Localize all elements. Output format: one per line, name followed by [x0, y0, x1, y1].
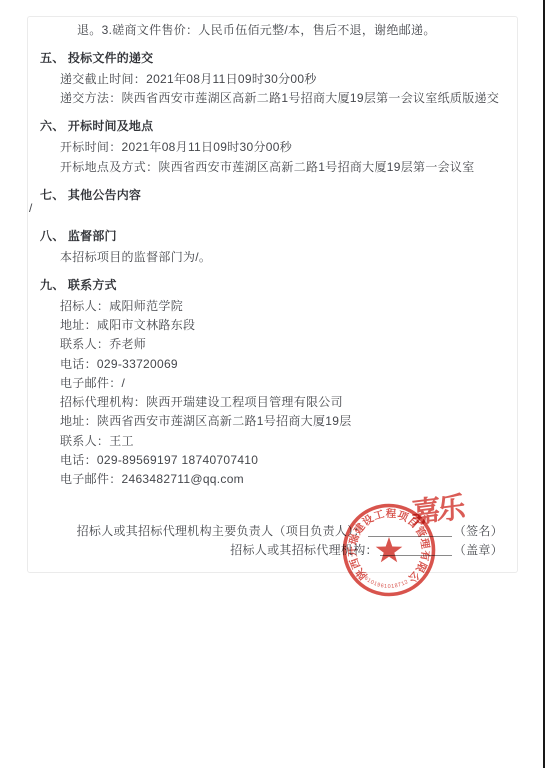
- signature-blank-line: [368, 525, 452, 537]
- detail-line: 联系人：乔老师: [60, 337, 146, 352]
- detail-line: 地址：咸阳市文林路东段: [60, 318, 195, 333]
- signer-suffix: （签名）: [454, 524, 503, 538]
- detail-line: 开标地点及方式：陕西省西安市莲湖区高新二路1号招商大厦19层第一会议室: [60, 160, 475, 175]
- section-heading: 八、 监督部门: [40, 229, 117, 244]
- agency-suffix: （盖章）: [454, 543, 503, 557]
- detail-line: 递交方法：陕西省西安市莲湖区高新二路1号招商大厦19层第一会议室纸质版递交: [60, 91, 499, 106]
- section-heading: 六、 开标时间及地点: [40, 119, 153, 134]
- detail-line: 招标代理机构：陕西开瑞建设工程项目管理有限公司: [60, 395, 343, 410]
- detail-line: 本招标项目的监督部门为/。: [60, 250, 211, 265]
- continuation-line: 退。3.磋商文件售价：人民币伍佰元整/本，售后不退，谢绝邮递。: [77, 23, 436, 38]
- seal-blank-line: [380, 544, 452, 556]
- document-content: 退。3.磋商文件售价：人民币伍佰元整/本，售后不退，谢绝邮递。五、 投标文件的递…: [0, 0, 547, 768]
- page-edge-line: [543, 0, 545, 768]
- signer-label: 招标人或其招标代理机构主要负责人（项目负责人）：: [77, 524, 366, 538]
- detail-line: /: [29, 201, 33, 216]
- detail-line: 递交截止时间：2021年08月11日09时30分00秒: [60, 72, 317, 87]
- detail-line: 电话：029-89569197 18740707410: [60, 453, 258, 468]
- agency-seal-row: 招标人或其招标代理机构：（盖章）: [230, 541, 503, 558]
- section-heading: 五、 投标文件的递交: [40, 51, 153, 66]
- detail-line: 招标人：咸阳师范学院: [60, 299, 183, 314]
- detail-line: 地址：陕西省西安市莲湖区高新二路1号招商大厦19层: [60, 414, 352, 429]
- detail-line: 电子邮件：/: [60, 376, 125, 391]
- agency-label: 招标人或其招标代理机构：: [230, 543, 378, 557]
- signer-signature-row: 招标人或其招标代理机构主要负责人（项目负责人）：（签名）: [77, 522, 503, 539]
- section-heading: 九、 联系方式: [40, 278, 117, 293]
- detail-line: 开标时间：2021年08月11日09时30分00秒: [60, 140, 292, 155]
- detail-line: 联系人：王工: [60, 434, 134, 449]
- document-page: { "page": { "background": "#ffffff", "ed…: [0, 0, 547, 768]
- detail-line: 电子邮件：2463482711@qq.com: [60, 472, 244, 487]
- section-heading: 七、 其他公告内容: [40, 188, 141, 203]
- detail-line: 电话：029-33720069: [60, 357, 178, 372]
